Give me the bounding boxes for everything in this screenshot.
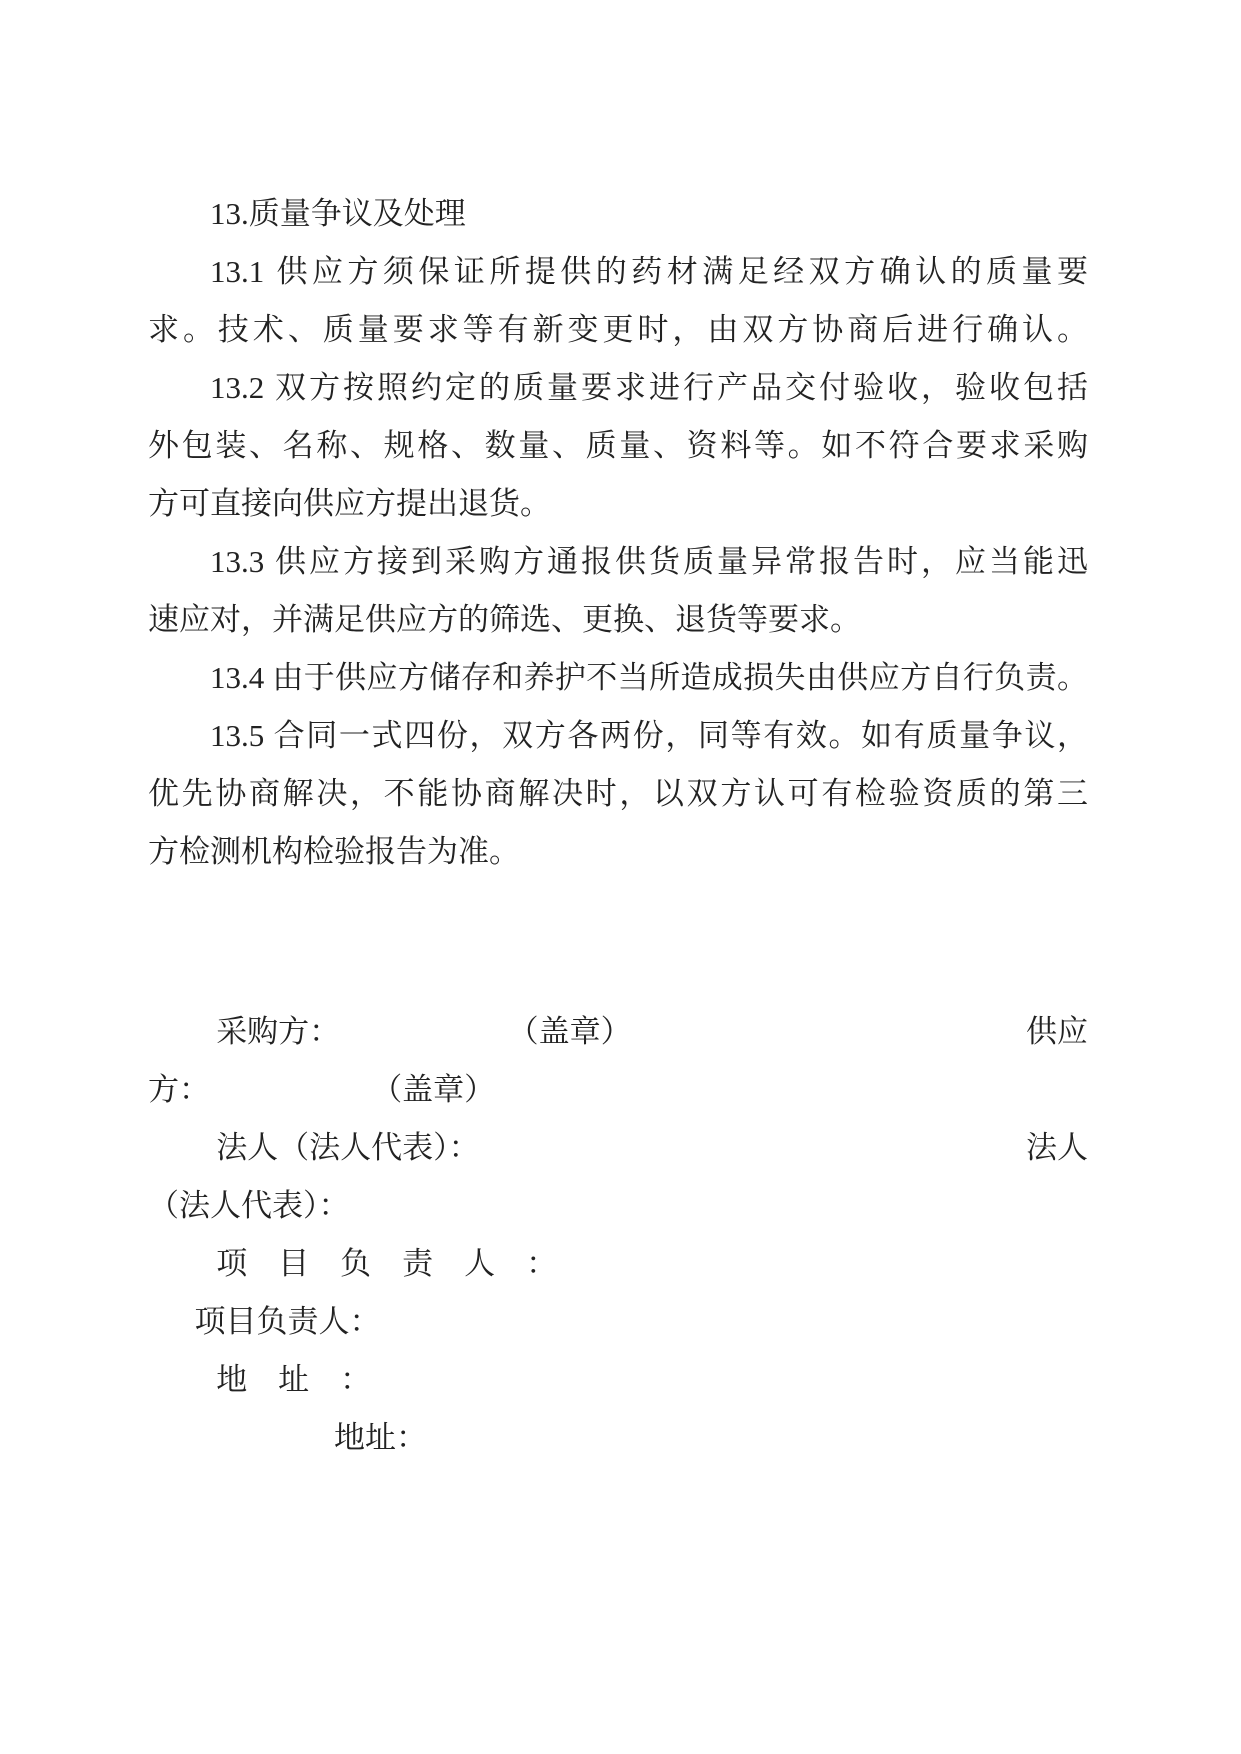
clause-13-3-line-2: 速应对，并满足供应方的筛选、更换、退货等要求。 [148, 591, 1088, 649]
clause-13-3-line-1: 13.3 供应方接到采购方通报供货质量异常报告时，应当能迅 [148, 533, 1088, 591]
signature-line-6: 项目负责人： [148, 1293, 1088, 1351]
purchaser-legal-rep-label: 法人（法人代表）： [216, 1119, 480, 1177]
signature-line-1: 采购方：（盖章）供应 [148, 1003, 1088, 1061]
clause-13-5-line-3: 方检测机构检验报告为准。 [148, 823, 1088, 881]
purchaser-project-manager-label: 项 目 负 责 人 ： [216, 1235, 557, 1293]
signature-block: 采购方：（盖章）供应方：（盖章）法人（法人代表）：法人（法人代表）：项 目 负 … [148, 1003, 1088, 1467]
signature-line-5: 项 目 负 责 人 ： [148, 1235, 1088, 1293]
signature-line-4: （法人代表）： [148, 1177, 1088, 1235]
purchaser-address-label: 地 址 ： [216, 1351, 371, 1409]
clause-13-5-line-1: 13.5 合同一式四份，双方各两份，同等有效。如有质量争议， [148, 707, 1088, 765]
contract-clauses: 13.质量争议及处理13.1 供应方须保证所提供的药材满足经双方确认的质量要求。… [148, 0, 1088, 881]
supplier-address-label: 地址： [334, 1409, 427, 1467]
signature-line-3: 法人（法人代表）：法人 [148, 1119, 1088, 1177]
purchaser-label: 采购方： [216, 1003, 340, 1061]
clause-13-4-line-1: 13.4 由于供应方储存和养护不当所造成损失由供应方自行负责。 [148, 649, 1088, 707]
clause-13-1-line-1: 13.1 供应方须保证所提供的药材满足经双方确认的质量要 [148, 243, 1088, 301]
clause-13-1-line-2: 求。技术、质量要求等有新变更时，由双方协商后进行确认。 [148, 301, 1088, 359]
supplier-legal-rep-part1: 法人 [1026, 1119, 1088, 1177]
signature-line-7: 地 址 ： [148, 1351, 1088, 1409]
supplier-seal-label: （盖章） [371, 1061, 495, 1119]
purchaser-seal-label: （盖章） [508, 1003, 632, 1061]
blank-gap [148, 881, 1088, 1003]
clause-13-2-line-1: 13.2 双方按照约定的质量要求进行产品交付验收，验收包括 [148, 359, 1088, 417]
contract-content: 13.质量争议及处理13.1 供应方须保证所提供的药材满足经双方确认的质量要求。… [148, 0, 1088, 1467]
contract-page: 13.质量争议及处理13.1 供应方须保证所提供的药材满足经双方确认的质量要求。… [0, 0, 1241, 1754]
clause-13-2-line-3: 方可直接向供应方提出退货。 [148, 475, 1088, 533]
supplier-project-manager-label: 项目负责人： [195, 1293, 381, 1351]
clause-13-5-line-2: 优先协商解决，不能协商解决时，以双方认可有检验资质的第三 [148, 765, 1088, 823]
supplier-label-part2: 方： [148, 1061, 210, 1119]
clause-13-2-line-2: 外包装、名称、规格、数量、质量、资料等。如不符合要求采购 [148, 417, 1088, 475]
signature-line-2: 方：（盖章） [148, 1061, 1088, 1119]
supplier-label-part1: 供应 [1026, 1003, 1088, 1061]
signature-line-8: 地址： [148, 1409, 1088, 1467]
supplier-legal-rep-part2: （法人代表）： [148, 1177, 350, 1235]
clause-13-heading-line-1: 13.质量争议及处理 [148, 185, 1088, 243]
